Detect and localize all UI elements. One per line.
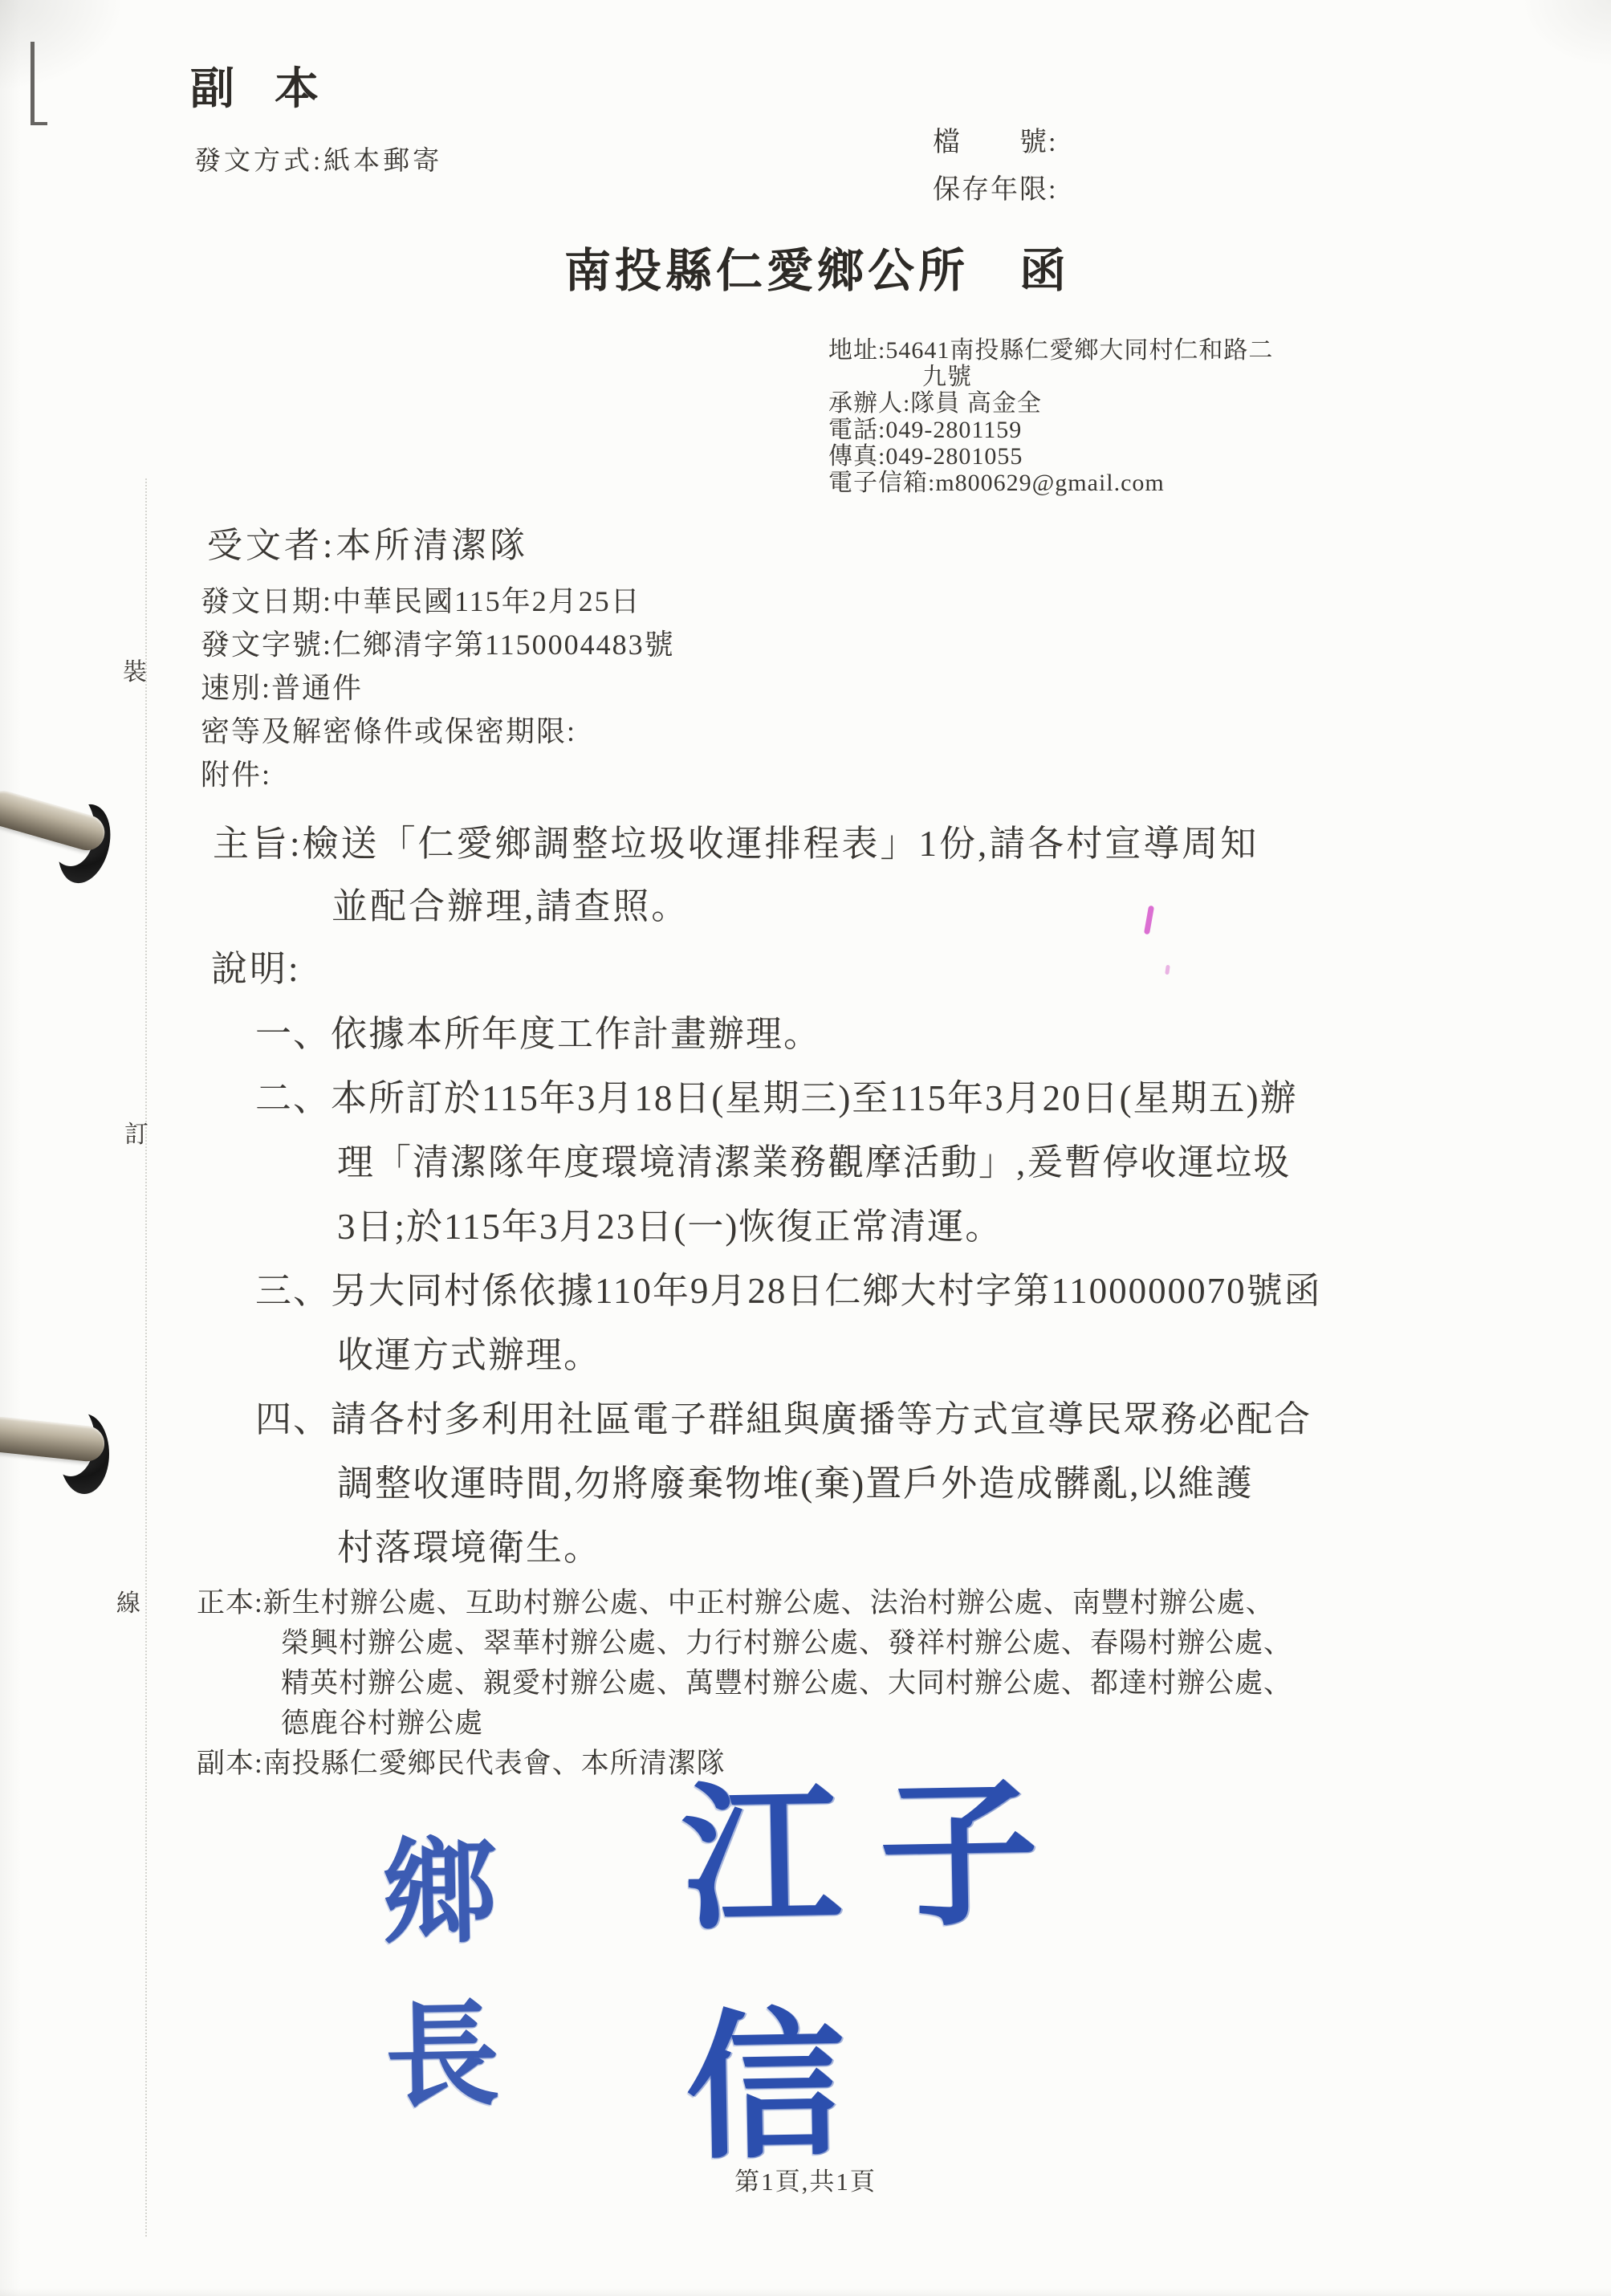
recipient-line: 受文者:本所清潔隊 (207, 526, 528, 566)
sender-email: 電子信箱:m800629@gmail.com (828, 470, 1273, 496)
meta-speed: 速別:普通件 (201, 666, 675, 710)
sender-fax: 傳真:049-2801055 (828, 443, 1273, 470)
stamp-name: 江子信 (680, 1722, 1247, 2189)
sender-contact: 承辦人:隊員 高金全 (828, 390, 1273, 417)
subject-line2: 並配合辦理,請查照。 (332, 875, 1259, 938)
explanation-line: 一、依據本所年度工作計畫辦理。 (255, 1002, 1322, 1066)
explanation-block: 一、依據本所年度工作計畫辦理。 二、本所訂於115年3月18日(星期三)至115… (205, 1002, 1322, 1580)
distribution-line: 德鹿谷村辦公處 (281, 1704, 1292, 1744)
copy-label: 副本 (190, 53, 359, 116)
binding-mark-xian: 線 (114, 1583, 143, 1618)
binder-ring-bottom-icon (0, 1393, 138, 1513)
explanation-heading: 說明: (211, 938, 1259, 1000)
explanation-line: 調整收運時間,勿將廢棄物堆(棄)置戶外造成髒亂,以維護 (337, 1451, 1322, 1516)
scanned-official-letter: 裝 訂 線 副本 發文方式:紙本郵寄 檔 號: 保存年限: 南投縣仁愛鄉公所 函… (0, 0, 1611, 2296)
sender-address-line1: 地址:54641南投縣仁愛鄉大同村仁和路二 (828, 337, 1273, 364)
binding-mark-zhuang: 裝 (120, 652, 149, 687)
document-title: 南投縣仁愛鄉公所 函 (564, 233, 1070, 300)
sender-info-block: 地址:54641南投縣仁愛鄉大同村仁和路二 九號 承辦人:隊員 高金全 電話:0… (828, 337, 1273, 496)
file-retention-labels: 檔 號: 保存年限: (933, 119, 1057, 214)
subject-line1: 主旨:檢送「仁愛鄉調整垃圾收運排程表」1份,請各村宣導周知 (213, 812, 1259, 875)
distribution-line: 榮興村辦公處、翠華村辦公處、力行村辦公處、發祥村辦公處、春陽村辦公處、 (281, 1623, 1292, 1663)
file-no-label: 檔 號: (933, 119, 1057, 166)
distribution-line: 正本:新生村辦公處、互助村辦公處、中正村辦公處、法治村辦公處、南豐村辦公處、 (197, 1583, 1292, 1623)
sender-phone: 電話:049-2801159 (828, 417, 1273, 443)
explanation-line: 四、請各村多利用社區電子群組與廣播等方式宣導民眾務必配合 (255, 1387, 1322, 1451)
distribution-line: 精英村辦公處、親愛村辦公處、萬豐村辦公處、大同村辦公處、都達村辦公處、 (281, 1663, 1292, 1704)
retention-label: 保存年限: (933, 166, 1057, 214)
explanation-line: 理「清潔隊年度環境清潔業務觀摩活動」,爰暫停收運垃圾 (337, 1130, 1322, 1195)
mayor-stamp: 鄉長 江子信 (382, 1838, 1245, 2079)
meta-date: 發文日期:中華民國115年2月25日 (201, 580, 675, 623)
explanation-line: 收運方式辦理。 (337, 1323, 1322, 1387)
scan-corner-mark (31, 42, 47, 125)
distribution-line: 副本:南投縣仁愛鄉民代表會、本所清潔隊 (197, 1744, 1292, 1784)
explanation-line: 三、另大同村係依據110年9月28日仁鄉大村字第1100000070號函 (255, 1259, 1322, 1323)
explanation-line: 二、本所訂於115年3月18日(星期三)至115年3月20日(星期五)辦 (255, 1066, 1322, 1130)
binding-mark-ding: 訂 (122, 1114, 151, 1150)
subject-block: 主旨:檢送「仁愛鄉調整垃圾收運排程表」1份,請各村宣導周知 並配合辦理,請查照。… (205, 812, 1259, 1000)
explanation-line: 3日;於115年3月23日(一)恢復正常清運。 (337, 1195, 1322, 1259)
meta-doc-no: 發文字號:仁鄉清字第1150004483號 (201, 623, 675, 666)
binding-dotted-line (145, 478, 147, 2237)
meta-security: 密等及解密條件或保密期限: (201, 710, 675, 753)
stamp-title: 鄉長 (381, 1797, 660, 2129)
explanation-line: 村落環境衛生。 (337, 1516, 1322, 1580)
page-number-footer: 第1頁,共1頁 (0, 2166, 1611, 2198)
meta-block: 發文日期:中華民國115年2月25日 發文字號:仁鄉清字第1150004483號… (201, 580, 675, 796)
distribution-block: 正本:新生村辦公處、互助村辦公處、中正村辦公處、法治村辦公處、南豐村辦公處、 榮… (197, 1583, 1292, 1784)
sender-address-line2: 九號 (922, 364, 1273, 390)
meta-attachment: 附件: (201, 753, 675, 796)
delivery-method: 發文方式:紙本郵寄 (194, 140, 442, 177)
binder-ring-top-icon (0, 783, 138, 903)
